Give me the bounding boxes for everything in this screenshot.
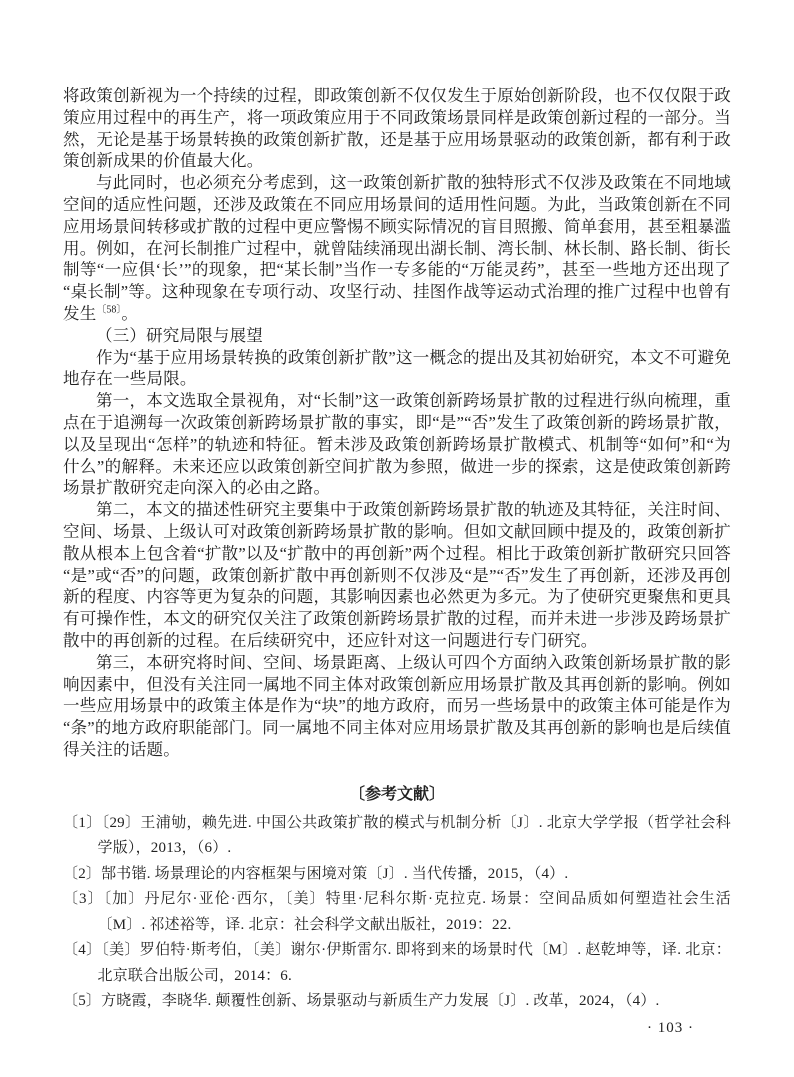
paragraph-limitations-intro: 作为“基于应用场景转换的政策创新扩散”这一概念的提出及其初始研究，本文不可避免地…: [63, 347, 731, 391]
references-heading: 〔参考文献〕: [63, 781, 731, 804]
paragraph-caution: 与此同时，也必须充分考虑到，这一政策创新扩散的独特形式不仅涉及政策在不同地域空间…: [63, 172, 731, 325]
footnote-marker-58: 〔58〕: [96, 304, 121, 315]
paragraph-caution-period: 。: [121, 304, 138, 323]
references-list: 〔1〕〔29〕王浦劬，赖先进. 中国公共政策扩散的模式与机制分析〔J〕. 北京大…: [63, 811, 731, 1015]
section-heading-limitations: （三）研究局限与展望: [63, 325, 731, 347]
paragraph-limitation-second: 第二，本文的描述性研究主要集中于政策创新跨场景扩散的轨迹及其特征，关注时间、空间…: [63, 499, 731, 652]
paragraph-limitation-first: 第一，本文选取全景视角，对“长制”这一政策创新跨场景扩散的过程进行纵向梳理，重点…: [63, 390, 731, 499]
paragraph-caution-text: 与此同时，也必须充分考虑到，这一政策创新扩散的独特形式不仅涉及政策在不同地域空间…: [63, 173, 731, 323]
reference-item-5: 〔5〕方晓霞，李晓华. 颠覆性创新、场景驱动与新质生产力发展〔J〕. 改革，20…: [63, 989, 731, 1015]
paper-page: 将政策创新视为一个持续的过程，即政策创新不仅仅发生于原始创新阶段，也不仅仅限于政…: [0, 0, 794, 1077]
paragraph-continuation: 将政策创新视为一个持续的过程，即政策创新不仅仅发生于原始创新阶段，也不仅仅限于政…: [63, 85, 731, 172]
reference-item-4: 〔4〕〔美〕罗伯特·斯考伯，〔美〕谢尔·伊斯雷尔. 即将到来的场景时代〔M〕. …: [63, 938, 731, 989]
reference-item-3: 〔3〕〔加〕丹尼尔·亚伦·西尔，〔美〕特里·尼科尔斯·克拉克. 场景：空间品质如…: [63, 887, 731, 938]
reference-item-1: 〔1〕〔29〕王浦劬，赖先进. 中国公共政策扩散的模式与机制分析〔J〕. 北京大…: [63, 811, 731, 862]
reference-item-2: 〔2〕郜书锴. 场景理论的内容框架与困境对策〔J〕. 当代传播，2015，（4）…: [63, 862, 731, 888]
page-content: 将政策创新视为一个持续的过程，即政策创新不仅仅发生于原始创新阶段，也不仅仅限于政…: [63, 85, 731, 1037]
page-number: · 103 ·: [63, 1020, 731, 1037]
paragraph-limitation-third: 第三，本研究将时间、空间、场景距离、上级认可四个方面纳入政策创新场景扩散的影响因…: [63, 652, 731, 761]
